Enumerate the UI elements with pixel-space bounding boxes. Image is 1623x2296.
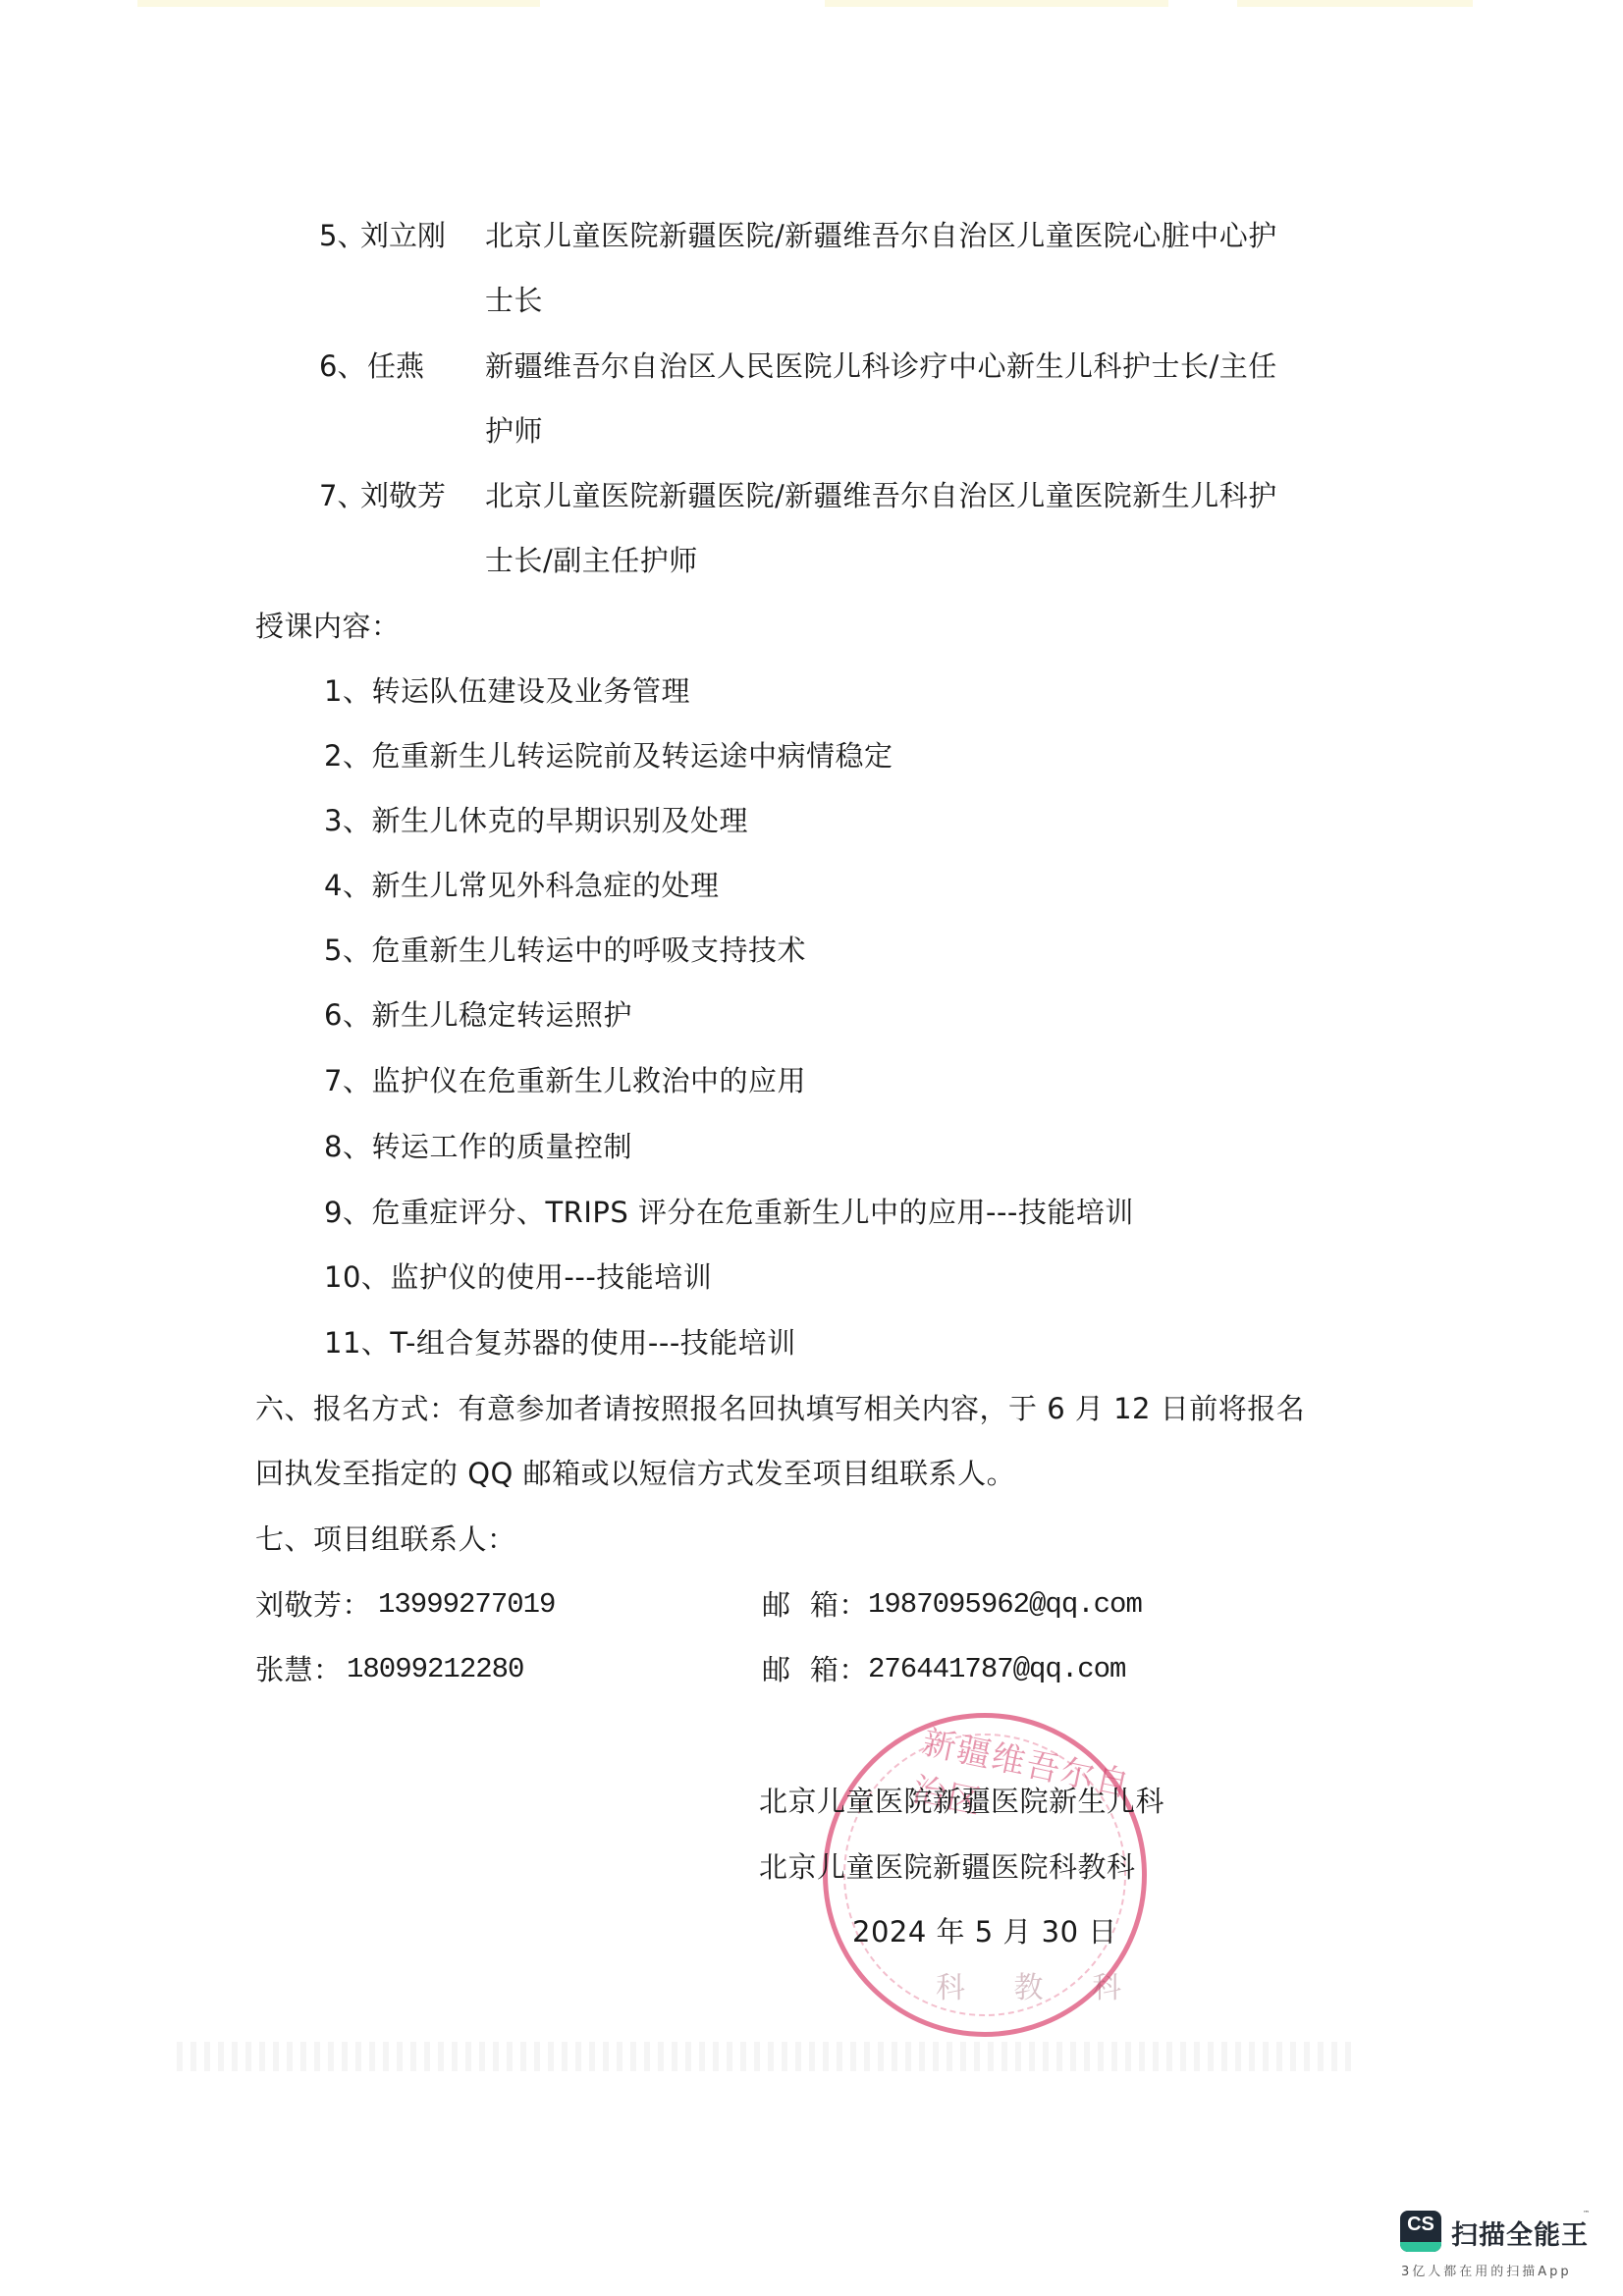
contact-phone: 13999277019 bbox=[378, 1587, 555, 1623]
logo-accent-strip bbox=[1400, 2242, 1441, 2252]
contact-email[interactable]: 1987095962@qq.com bbox=[868, 1587, 1142, 1623]
instructor-title-line: 护师 bbox=[485, 413, 543, 449]
instructor-name: 刘立刚 bbox=[360, 218, 446, 253]
course-item: 9、危重症评分、TRIPS 评分在危重新生儿中的应用---技能培训 bbox=[324, 1195, 1134, 1230]
contact-email-label: 邮 箱： bbox=[762, 1587, 868, 1623]
instructor-name: 刘敬芳 bbox=[360, 478, 446, 513]
course-heading: 授课内容： bbox=[255, 609, 401, 644]
scan-top-edge bbox=[0, 0, 1623, 10]
camscanner-logo-icon: CS bbox=[1400, 2211, 1441, 2252]
instructor-index: 7、 bbox=[319, 478, 365, 513]
course-item: 3、新生儿休克的早期识别及处理 bbox=[324, 803, 748, 838]
contact-email-label: 邮 箱： bbox=[762, 1652, 868, 1687]
contact-name: 张慧： bbox=[255, 1652, 343, 1687]
instructor-title-line: 士长 bbox=[485, 283, 543, 318]
contact-email[interactable]: 276441787@qq.com bbox=[868, 1652, 1125, 1687]
contact-phone: 18099212280 bbox=[347, 1652, 523, 1687]
trademark-icon: ™ bbox=[1583, 2210, 1590, 2217]
course-item: 5、危重新生儿转运中的呼吸支持技术 bbox=[324, 933, 806, 968]
registration-text: 六、报名方式：有意参加者请按照报名回执填写相关内容，于 6 月 12 日前将报名 bbox=[255, 1391, 1305, 1426]
watermark-tagline: 3亿人都在用的扫描App bbox=[1401, 2261, 1572, 2279]
instructor-title-line: 士长/副主任护师 bbox=[485, 543, 698, 578]
instructor-index: 6、 bbox=[319, 348, 365, 384]
signature-org: 北京儿童医院新疆医院科教科 bbox=[759, 1849, 1136, 1885]
instructor-title-line: 北京儿童医院新疆医院/新疆维吾尔自治区儿童医院新生儿科护 bbox=[485, 478, 1277, 513]
signature-date: 2024 年 5 月 30 日 bbox=[852, 1914, 1117, 1949]
watermark-app-name: 扫描全能王 bbox=[1451, 2214, 1589, 2252]
course-item: 11、T-组合复苏器的使用---技能培训 bbox=[324, 1325, 796, 1361]
course-item: 1、转运队伍建设及业务管理 bbox=[324, 673, 690, 709]
logo-letters: CS bbox=[1400, 2214, 1441, 2236]
course-item: 10、监护仪的使用---技能培训 bbox=[324, 1259, 712, 1295]
contact-name: 刘敬芳： bbox=[255, 1587, 371, 1623]
scan-bleed-through bbox=[177, 2042, 1355, 2071]
course-item: 4、新生儿常见外科急症的处理 bbox=[324, 868, 719, 903]
registration-text: 回执发至指定的 QQ 邮箱或以短信方式发至项目组联系人。 bbox=[255, 1456, 1015, 1491]
contacts-heading: 七、项目组联系人： bbox=[255, 1522, 516, 1557]
course-item: 8、转运工作的质量控制 bbox=[324, 1129, 632, 1164]
signature-org: 北京儿童医院新疆医院新生儿科 bbox=[759, 1784, 1164, 1819]
seal-bottom-text: 科 教 科 bbox=[936, 1963, 1141, 2006]
instructor-index: 5、 bbox=[319, 218, 365, 253]
course-item: 2、危重新生儿转运院前及转运途中病情稳定 bbox=[324, 738, 893, 774]
instructor-title-line: 北京儿童医院新疆医院/新疆维吾尔自治区儿童医院心脏中心护 bbox=[485, 218, 1277, 253]
instructor-title-line: 新疆维吾尔自治区人民医院儿科诊疗中心新生儿科护士长/主任 bbox=[485, 348, 1277, 384]
course-item: 6、新生儿稳定转运照护 bbox=[324, 997, 632, 1033]
instructor-name: 任燕 bbox=[367, 348, 424, 384]
course-item: 7、监护仪在危重新生儿救治中的应用 bbox=[324, 1063, 806, 1098]
